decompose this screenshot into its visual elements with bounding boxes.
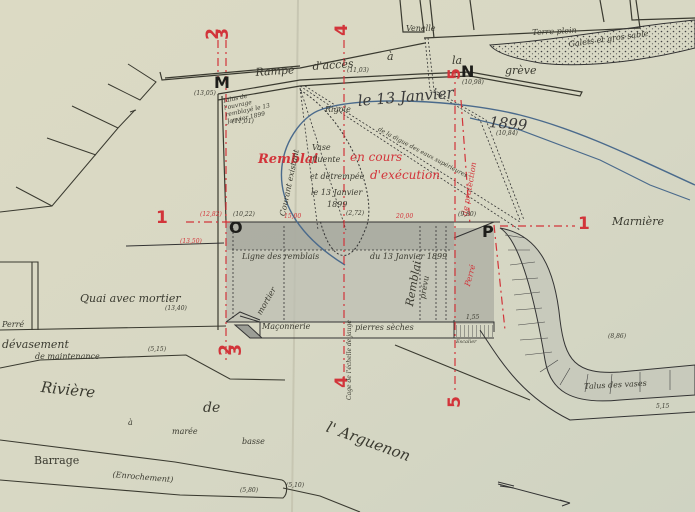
label-maree: marée (172, 427, 198, 436)
section-5-bottom: 5 (445, 396, 465, 408)
elev-rampe: (11,03) (347, 67, 369, 74)
label-vase-3: et détrempée (310, 172, 364, 181)
label-a: à (387, 50, 394, 63)
elev-1500: 15,00 (284, 213, 301, 220)
label-devasement: dévasement (2, 338, 69, 351)
point-p: P (482, 222, 494, 241)
section-1-right: 1 (578, 214, 590, 234)
elev-o-low: (13,50) (180, 238, 202, 245)
label-a-maree: à (128, 418, 133, 427)
elev-mid: (2,72) (346, 210, 364, 217)
elev-o-left: (12,82) (200, 211, 222, 218)
label-vase-2: fluente (312, 155, 340, 164)
elev-quai: (13,40) (165, 305, 187, 312)
label-maconnerie: Maçonnerie (262, 322, 310, 331)
section-1-left: 1 (156, 208, 168, 228)
elev-right: (8,86) (608, 333, 626, 340)
elev-m: (13,05) (194, 90, 216, 97)
label-quai: Quai avec mortier (80, 292, 181, 305)
label-barrage: Barrage (34, 454, 79, 467)
label-perre-left: Perré (2, 320, 24, 329)
elev-o: (10,22) (233, 211, 255, 218)
label-pierres: pierres sèches (355, 323, 414, 332)
label-vase-4: le 13 Janvier (311, 188, 362, 197)
point-m: M (214, 73, 230, 92)
elev-n: (10,98) (462, 79, 484, 86)
elev-2000: 20,00 (396, 213, 413, 220)
label-ligne-date: du 13 Janvier 1899 (370, 252, 447, 261)
elev-155: 1,55 (466, 314, 479, 321)
elev-m2: (11,01) (232, 118, 254, 125)
label-rampe: Rampe (255, 63, 295, 79)
section-4-top: 4 (332, 24, 352, 36)
section-3-top: 3 (213, 28, 233, 40)
label-vase-1: Vase (312, 143, 331, 152)
point-o: O (229, 218, 243, 237)
elev-devasement: (5,15) (148, 346, 166, 353)
label-ligne: Ligne des remblais (242, 252, 319, 261)
elev-510: (5,10) (286, 482, 304, 489)
label-execution: d'exécution (370, 168, 440, 182)
elev-515: 5,15 (656, 403, 669, 410)
label-marniere: Marnière (612, 215, 664, 228)
label-cage: Cage de l'échelle de jauge (346, 320, 353, 400)
label-de: de (203, 400, 220, 416)
label-basse: basse (242, 437, 265, 446)
label-rigole: Rigole (325, 105, 351, 114)
section-3-bottom: 3 (226, 344, 246, 356)
label-en-cours: en cours (350, 150, 402, 164)
elev-barrage: (5,80) (240, 487, 258, 494)
elev-980: (9,80) (458, 211, 476, 218)
label-maintenance: de maintenance (35, 352, 100, 361)
elev-digue: (10,84) (496, 130, 518, 137)
label-greve: grève (505, 64, 537, 77)
label-escalier: Escalier (456, 339, 477, 345)
label-la: la (452, 54, 462, 67)
label-vase-5: 1899 (327, 200, 347, 209)
label-venelle: Venelle (406, 24, 436, 33)
